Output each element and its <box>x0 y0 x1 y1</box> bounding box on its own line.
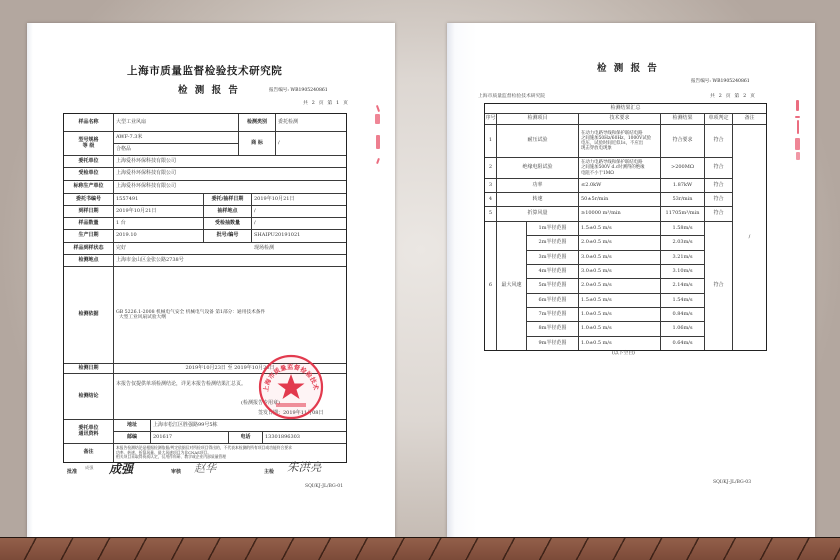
wind-result: 3.21m/s <box>660 250 705 265</box>
wind-requirement: 1.5±0.5 m/s <box>578 221 661 236</box>
page-info: 共 2 页 第 1 页 <box>303 102 349 107</box>
value-batch-no: SHAIPU20191021 <box>251 229 347 243</box>
value-manufacturer: 上海爱朴环保科技有限公司 <box>113 180 347 194</box>
wind-range: 1m半径范围 <box>526 221 579 236</box>
seam-stamp-fragment <box>376 135 380 149</box>
label-grade: 等 级 <box>83 144 95 150</box>
row-item: 转速 <box>496 192 579 207</box>
seam-stamp-fragment <box>795 116 800 118</box>
wind-result: 1.06m/s <box>660 321 705 337</box>
seam-stamp-fragment <box>375 114 380 124</box>
value-trademark: / <box>275 131 347 156</box>
wind-range: 7m半径范围 <box>526 307 579 322</box>
seam-stamp-fragment <box>796 152 800 160</box>
report-title: 检 测 报 告 <box>178 86 240 96</box>
institute-name-small: 上海市质量监督检验技术研究院 <box>478 95 545 100</box>
label-sample-name: 样品名称 <box>63 113 114 132</box>
wind-range: 5m半径范围 <box>526 278 579 294</box>
basis-outline: 大型工业风扇试验大纲 <box>116 315 166 320</box>
review-label: 审核 <box>171 470 181 475</box>
value-inspected-unit: 上海爱朴环保科技有限公司 <box>113 167 347 181</box>
row-item: 最大风速 <box>496 221 527 351</box>
report-number: 报告编号: WB1905240861 <box>269 89 328 94</box>
row-item: 耐压试验 <box>496 124 579 158</box>
remarks-merged: / <box>732 124 767 351</box>
report-title: 检 测 报 告 <box>597 64 659 74</box>
row-item: 折算风量 <box>496 206 579 222</box>
wind-range: 6m半径范围 <box>526 293 579 308</box>
label-conclusion: 检测结论 <box>63 373 114 420</box>
condition-text: 完好 <box>116 246 126 252</box>
approve-signature: 成强 <box>109 463 133 475</box>
row-result: 符合要求 <box>660 124 705 158</box>
row-result: >200MΩ <box>660 157 705 179</box>
wind-requirement: 1.5±0.5 m/s <box>578 293 661 308</box>
wind-result: 0.64m/s <box>660 336 705 351</box>
value-test-type: 委托检测 <box>275 113 347 132</box>
label-test-type: 检测类别 <box>238 113 276 132</box>
approve-printed-name: 成强 <box>85 466 93 470</box>
wind-result: 2.03m/s <box>660 235 705 251</box>
row-verdict: 符合 <box>704 178 733 193</box>
row-verdict: 符合 <box>704 192 733 207</box>
wind-range: 4m半径范围 <box>526 264 579 279</box>
requirement-line: 现击穿放电现象 <box>581 146 612 151</box>
wind-result: 1.54m/s <box>660 293 705 308</box>
value-sample-name: 大型工业风扇 <box>113 113 239 132</box>
wind-requirement: 2.0±0.5 m/s <box>578 235 661 251</box>
row-result: 1.87kW <box>660 178 705 193</box>
end-note: (以下空白) <box>612 352 635 357</box>
row-requirement: 50±5r/min <box>578 192 661 207</box>
official-seal-stamp: 上海市质量监督检验技术研究院 <box>256 352 326 422</box>
label-remarks: 备注 <box>63 443 114 463</box>
report-number: 报告编号: WB1905240861 <box>691 80 750 85</box>
row-item: 绝缘电阻试验 <box>496 157 579 179</box>
wind-result: 2.14m/s <box>660 278 705 294</box>
wind-requirement: 3.0±0.5 m/s <box>578 250 661 265</box>
value-test-basis: GB 5226.1-2008 机械电气安全 机械电气设备 第1部分：通用技术条件… <box>113 266 347 364</box>
row-requirement: ≤2.0kW <box>578 178 661 193</box>
page-info: 共 2 页 第 2 页 <box>710 95 756 100</box>
test-mode-text: 现场检测 <box>254 246 274 252</box>
conclusion-text: 本报告仅提供单项检测结论，详见本报告检测结果汇总页。 <box>116 382 246 388</box>
row-result: 11705m³/min <box>660 206 705 222</box>
wind-range: 9m半径范围 <box>526 336 579 351</box>
label-client-contact: 委托单位 通讯资料 <box>63 419 114 444</box>
label-batch-no: 批号/编号 <box>203 229 252 243</box>
label-production-date: 生产日期 <box>63 229 114 243</box>
wind-requirement: 2.0±0.5 m/s <box>578 278 661 294</box>
row-verdict: 符合 <box>704 206 733 222</box>
row-requirement: 在动力电路导线和保护联结电路 之间施加50Hz/60Hz，1000V试验 电压，… <box>578 124 661 158</box>
remarks-line-3: 相关项目未取得资质认定，仅用作科研、教学或企业内部质量管理 <box>116 455 226 460</box>
form-code: SQI/KJ-JL/BG-03 <box>713 481 751 486</box>
institute-name: 上海市质量监督检验技术研究院 <box>127 66 282 77</box>
wind-range: 2m半径范围 <box>526 235 579 251</box>
seam-stamp-fragment <box>797 120 799 134</box>
row-requirement: ≥10000 m³/min <box>578 206 661 222</box>
label-inspected-unit: 受检单位 <box>63 167 114 181</box>
label-trademark: 商 标 <box>238 131 276 156</box>
wind-result: 0.84m/s <box>660 307 705 322</box>
wind-requirement: 1.0±0.5 m/s <box>578 307 661 322</box>
row-item: 功率 <box>496 178 579 193</box>
wind-result: 1.58m/s <box>660 221 705 236</box>
row-requirement: 在动力电路导线和保护联结电路 之间施加500V d.c时测得的绝缘 电阻不小于1… <box>578 157 661 179</box>
label-test-basis: 检测依据 <box>63 266 114 364</box>
requirement-line: 电阻不小于1MΩ <box>581 171 614 176</box>
wind-requirement: 1.0±0.5 m/s <box>578 321 661 337</box>
approve-label: 批准 <box>67 470 77 475</box>
label-manufacturer: 标称生产单位 <box>63 180 114 194</box>
seam-stamp-fragment <box>796 100 799 111</box>
wind-result: 3.10m/s <box>660 264 705 279</box>
wind-range: 8m半径范围 <box>526 321 579 337</box>
wind-requirement: 3.0±0.5 m/s <box>578 264 661 279</box>
review-signature: 赵华 <box>194 463 216 474</box>
inspector-label: 主检 <box>264 470 274 475</box>
label-model-grade: 型号规格 等 级 <box>63 131 114 156</box>
value-production-date: 2019.10 <box>113 229 204 243</box>
inspector-signature: 朱洪亮 <box>287 462 322 474</box>
contact-label-line2: 通讯资料 <box>78 432 98 438</box>
row-verdict: 符合 <box>704 157 733 179</box>
row-verdict: 符合 <box>704 124 733 158</box>
wind-range: 3m半径范围 <box>526 250 579 265</box>
wooden-floor <box>0 537 840 560</box>
wind-verdict: 符合 <box>704 221 733 351</box>
seam-stamp-fragment <box>795 138 800 150</box>
wind-requirement: 1.0±0.5 m/s <box>578 336 661 351</box>
form-code: SQI/KJ-JL/BG-01 <box>305 485 343 490</box>
row-result: 53r/min <box>660 192 705 207</box>
